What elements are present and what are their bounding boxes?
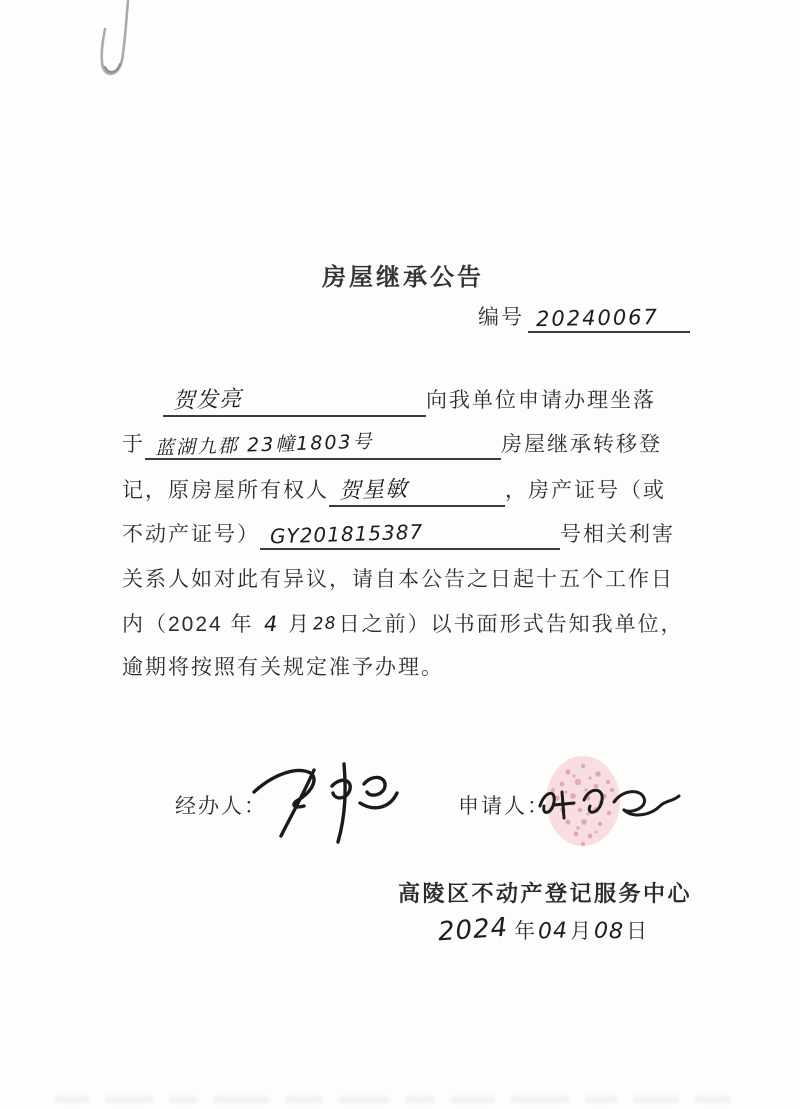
line2-suffix: 房屋继承转移登: [501, 428, 662, 458]
number-blank: 20240067: [528, 305, 690, 333]
owner-name-blank: 贺星敏: [329, 473, 505, 507]
month-label: 月: [570, 915, 592, 945]
deadline-day-handwriting: 28: [312, 613, 337, 634]
number-handwriting: 20240067: [536, 305, 659, 331]
body-line-3: 记，原房屋所有权人贺星敏，房产证号（或: [122, 473, 666, 507]
body-line-7: 逾期将按照有关规定准予办理。: [122, 651, 444, 681]
date-row: 2024年04月08日: [438, 915, 648, 945]
line4-suffix: 号相关利害: [560, 518, 675, 548]
date-month-handwriting: 04: [538, 918, 569, 944]
day-label: 日: [626, 915, 648, 945]
date-day-handwriting: 08: [594, 918, 625, 944]
line6-part2: 月: [288, 608, 311, 638]
certificate-number-blank: GY201815387: [260, 522, 560, 550]
applicant-signature: [532, 772, 684, 834]
handler-signature: [248, 748, 400, 844]
scanned-document-page: 房屋继承公告 编号20240067 贺发亮向我单位申请办理坐落 于蓝湖九郡 23…: [0, 0, 800, 1109]
body-line-4: 不动产证号）GY201815387号相关利害: [122, 518, 675, 550]
line6-part3: 日之前）以书面形式告知我单位，: [339, 608, 684, 638]
line4-prefix: 不动产证号）: [122, 518, 260, 548]
document-title: 房屋继承公告: [322, 257, 484, 292]
line7-text: 逾期将按照有关规定准予办理。: [122, 651, 444, 681]
deadline-month-handwriting: 4: [263, 612, 278, 636]
body-line-5: 关系人如对此有异议，请自本公告之日起十五个工作日: [122, 563, 674, 593]
year-label: 年: [514, 915, 536, 945]
owner-name-handwriting: 贺星敏: [339, 472, 409, 505]
date-year-handwriting: 2024: [437, 913, 509, 948]
document-number-row: 编号20240067: [478, 301, 690, 333]
bleed-through-smudges: [55, 1096, 731, 1103]
applicant-name-handwriting: 贺发亮: [173, 382, 243, 415]
organization-name: 高陵区不动产登记服务中心: [398, 877, 692, 908]
line3-suffix: ，房产证号（或: [505, 474, 666, 504]
certificate-number-handwriting: GY201815387: [270, 520, 424, 549]
property-address-blank: 蓝湖九郡 23幢1803号: [145, 430, 501, 460]
body-line-2: 于蓝湖九郡 23幢1803号房屋继承转移登: [122, 428, 662, 460]
paperclip-icon: [90, 0, 140, 92]
line6-part1: 内（2024 年: [122, 608, 254, 638]
body-line-1: 贺发亮向我单位申请办理坐落: [163, 383, 656, 417]
number-label: 编号: [478, 301, 524, 331]
line5-text: 关系人如对此有异议，请自本公告之日起十五个工作日: [122, 563, 674, 593]
body-line-6: 内（2024 年4月28日之前）以书面形式告知我单位，: [122, 608, 684, 638]
applicant-name-blank: 贺发亮: [163, 383, 426, 417]
property-address-handwriting: 蓝湖九郡 23幢1803号: [155, 427, 374, 461]
line2-prefix: 于: [122, 428, 145, 458]
line3-prefix: 记，原房屋所有权人: [122, 474, 329, 504]
line1-printed-text: 向我单位申请办理坐落: [426, 384, 656, 414]
